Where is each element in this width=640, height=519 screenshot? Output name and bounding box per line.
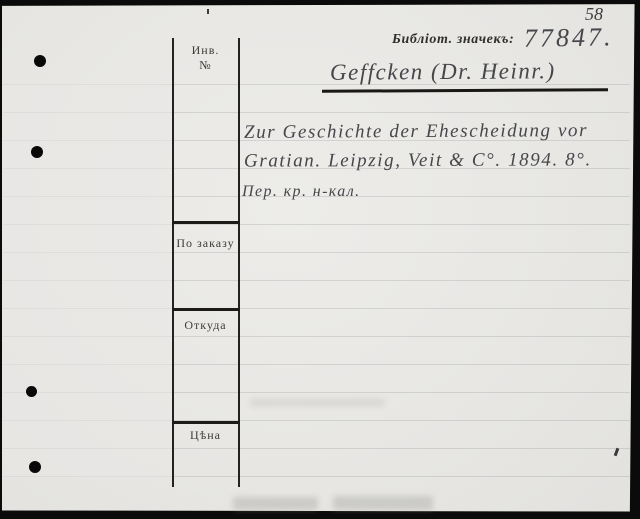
label-otkuda: Откуда — [172, 318, 239, 333]
label-po-zakazu: По заказу — [172, 236, 239, 251]
title-line-2: Gratian. Leipzig, Veit & C°. 1894. 8°. — [244, 149, 592, 172]
label-inv-line2: № — [172, 58, 239, 73]
punch-hole — [26, 386, 37, 397]
ink-smudge — [250, 398, 385, 407]
author-line: Geffcken (Dr. Heinr.) — [330, 58, 556, 86]
ruled-lines-fade — [3, 84, 173, 478]
scan-edge-top — [0, 0, 640, 6]
punch-hole — [34, 55, 46, 67]
label-inv-no: Инв. № — [172, 43, 239, 73]
title-line-1: Zur Geschichte der Ehescheidung vor — [244, 120, 588, 144]
column-right-rule — [238, 38, 240, 487]
page-number: 58 — [585, 4, 603, 25]
accession-number: 77847. — [524, 22, 614, 54]
section-divider — [172, 221, 240, 224]
section-divider — [172, 308, 240, 311]
column-left-rule — [172, 38, 174, 487]
ink-smudge — [233, 497, 318, 510]
punch-hole — [31, 146, 43, 158]
scan-edge-left — [0, 0, 2, 519]
scanned-catalog-card: Инв. № По заказу Откуда Цѣна Библіот. зн… — [0, 0, 640, 519]
scan-edge-bottom — [0, 510, 640, 519]
label-inv-line1: Инв. — [172, 43, 239, 58]
binding-note: Пер. кр. н-кал. — [242, 183, 360, 201]
punch-hole — [29, 461, 41, 473]
scan-speck — [207, 9, 209, 14]
section-divider — [172, 421, 240, 424]
ink-smudge — [333, 496, 433, 510]
label-tsena: Цѣна — [172, 428, 239, 443]
stamp-label: Библіот. значекъ: — [392, 32, 514, 48]
